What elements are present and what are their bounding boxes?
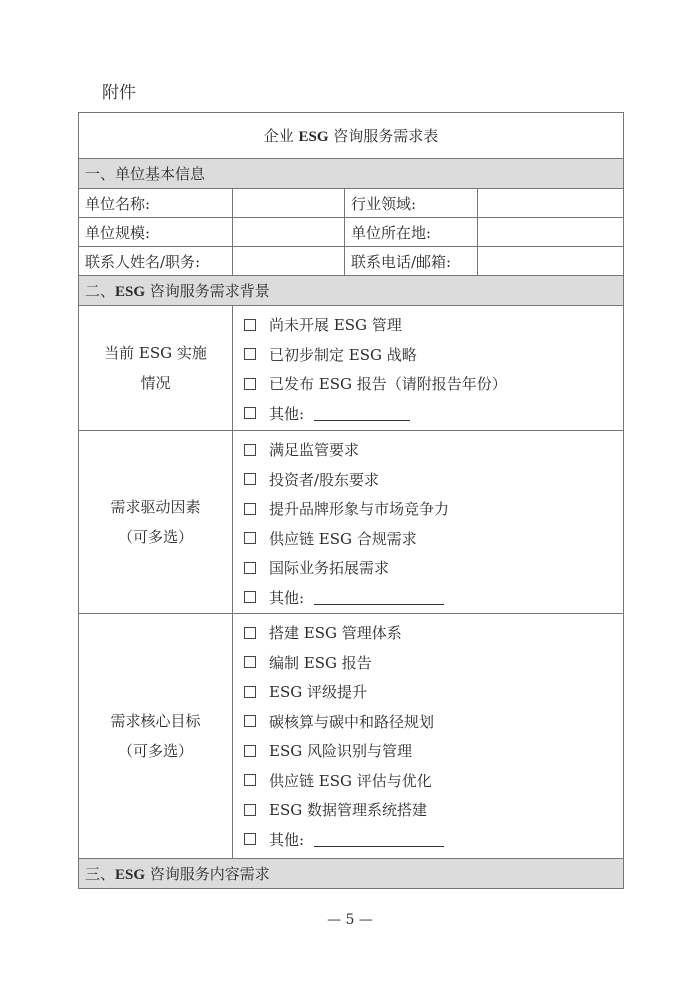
options-list: 搭建 ESG 管理体系 编制 ESG 报告 ESG 评级提升 碳核算与碳中和路径… bbox=[233, 614, 624, 859]
info-row: 单位规模: 单位所在地: bbox=[79, 218, 624, 247]
checkbox[interactable] bbox=[244, 656, 256, 668]
field-unit-name[interactable] bbox=[233, 189, 345, 218]
option-item[interactable]: 搭建 ESG 管理体系 bbox=[243, 618, 623, 648]
options-list: 满足监管要求 投资者/股东要求 提升品牌形象与市场竞争力 供应链 ESG 合规需… bbox=[233, 431, 624, 614]
checkbox[interactable] bbox=[244, 804, 256, 816]
attachment-label: 附件 bbox=[102, 78, 136, 103]
group-label: 当前 ESG 实施 情况 bbox=[79, 306, 233, 431]
option-item[interactable]: 供应链 ESG 评估与优化 bbox=[243, 766, 623, 796]
option-item-other[interactable]: 其他: bbox=[243, 583, 623, 613]
group-label: 需求驱动因素 （可多选） bbox=[79, 431, 233, 614]
background-group-drivers: 需求驱动因素 （可多选） 满足监管要求 投资者/股东要求 提升品牌形象与市场竞争… bbox=[79, 431, 624, 614]
option-item[interactable]: 编制 ESG 报告 bbox=[243, 648, 623, 678]
checkbox[interactable] bbox=[244, 348, 256, 360]
checkbox[interactable] bbox=[244, 407, 256, 419]
option-item[interactable]: 国际业务拓展需求 bbox=[243, 553, 623, 583]
label-unit-scale: 单位规模: bbox=[79, 218, 233, 247]
checkbox[interactable] bbox=[244, 473, 256, 485]
label-industry: 行业领域: bbox=[345, 189, 478, 218]
field-location[interactable] bbox=[478, 218, 624, 247]
info-row: 联系人姓名/职务: 联系电话/邮箱: bbox=[79, 247, 624, 276]
info-row: 单位名称: 行业领域: bbox=[79, 189, 624, 218]
field-unit-scale[interactable] bbox=[233, 218, 345, 247]
option-item[interactable]: 满足监管要求 bbox=[243, 435, 623, 465]
checkbox[interactable] bbox=[244, 532, 256, 544]
field-industry[interactable] bbox=[478, 189, 624, 218]
checkbox[interactable] bbox=[244, 378, 256, 390]
option-item[interactable]: 已发布 ESG 报告（请附报告年份） bbox=[243, 369, 623, 399]
section3-heading: 三、ESG 咨询服务内容需求 bbox=[79, 859, 624, 889]
option-item-other[interactable]: 其他: bbox=[243, 399, 623, 429]
page-number: — 5 — bbox=[0, 912, 700, 928]
checkbox[interactable] bbox=[244, 774, 256, 786]
checkbox[interactable] bbox=[244, 319, 256, 331]
form-title: 企业 ESG 咨询服务需求表 bbox=[79, 113, 624, 159]
other-blank-field[interactable] bbox=[314, 832, 444, 847]
option-item[interactable]: 供应链 ESG 合规需求 bbox=[243, 524, 623, 554]
checkbox[interactable] bbox=[244, 627, 256, 639]
group-label: 需求核心目标 （可多选） bbox=[79, 614, 233, 859]
checkbox[interactable] bbox=[244, 562, 256, 574]
option-item[interactable]: 提升品牌形象与市场竞争力 bbox=[243, 494, 623, 524]
other-blank-field[interactable] bbox=[314, 406, 410, 421]
field-contact-phone[interactable] bbox=[478, 247, 624, 276]
section1-heading: 一、单位基本信息 bbox=[79, 159, 624, 189]
label-location: 单位所在地: bbox=[345, 218, 478, 247]
option-item-other[interactable]: 其他: bbox=[243, 825, 623, 855]
option-item[interactable]: 尚未开展 ESG 管理 bbox=[243, 310, 623, 340]
section2-heading: 二、ESG 咨询服务需求背景 bbox=[79, 276, 624, 306]
checkbox[interactable] bbox=[244, 444, 256, 456]
option-item[interactable]: ESG 评级提升 bbox=[243, 677, 623, 707]
field-contact-name[interactable] bbox=[233, 247, 345, 276]
label-unit-name: 单位名称: bbox=[79, 189, 233, 218]
label-contact-name: 联系人姓名/职务: bbox=[79, 247, 233, 276]
checkbox[interactable] bbox=[244, 715, 256, 727]
option-item[interactable]: ESG 风险识别与管理 bbox=[243, 736, 623, 766]
checkbox[interactable] bbox=[244, 833, 256, 845]
background-group-core-goals: 需求核心目标 （可多选） 搭建 ESG 管理体系 编制 ESG 报告 ESG 评… bbox=[79, 614, 624, 859]
option-item[interactable]: ESG 数据管理系统搭建 bbox=[243, 795, 623, 825]
label-contact-phone: 联系电话/邮箱: bbox=[345, 247, 478, 276]
checkbox[interactable] bbox=[244, 503, 256, 515]
options-list: 尚未开展 ESG 管理 已初步制定 ESG 战略 已发布 ESG 报告（请附报告… bbox=[233, 306, 624, 431]
background-group-current-status: 当前 ESG 实施 情况 尚未开展 ESG 管理 已初步制定 ESG 战略 已发… bbox=[79, 306, 624, 431]
option-item[interactable]: 投资者/股东要求 bbox=[243, 465, 623, 495]
other-blank-field[interactable] bbox=[314, 590, 444, 605]
checkbox[interactable] bbox=[244, 686, 256, 698]
option-item[interactable]: 碳核算与碳中和路径规划 bbox=[243, 707, 623, 737]
checkbox[interactable] bbox=[244, 745, 256, 757]
checkbox[interactable] bbox=[244, 591, 256, 603]
option-item[interactable]: 已初步制定 ESG 战略 bbox=[243, 340, 623, 370]
esg-demand-form: 企业 ESG 咨询服务需求表 一、单位基本信息 单位名称: 行业领域: 单位规模… bbox=[78, 112, 624, 889]
